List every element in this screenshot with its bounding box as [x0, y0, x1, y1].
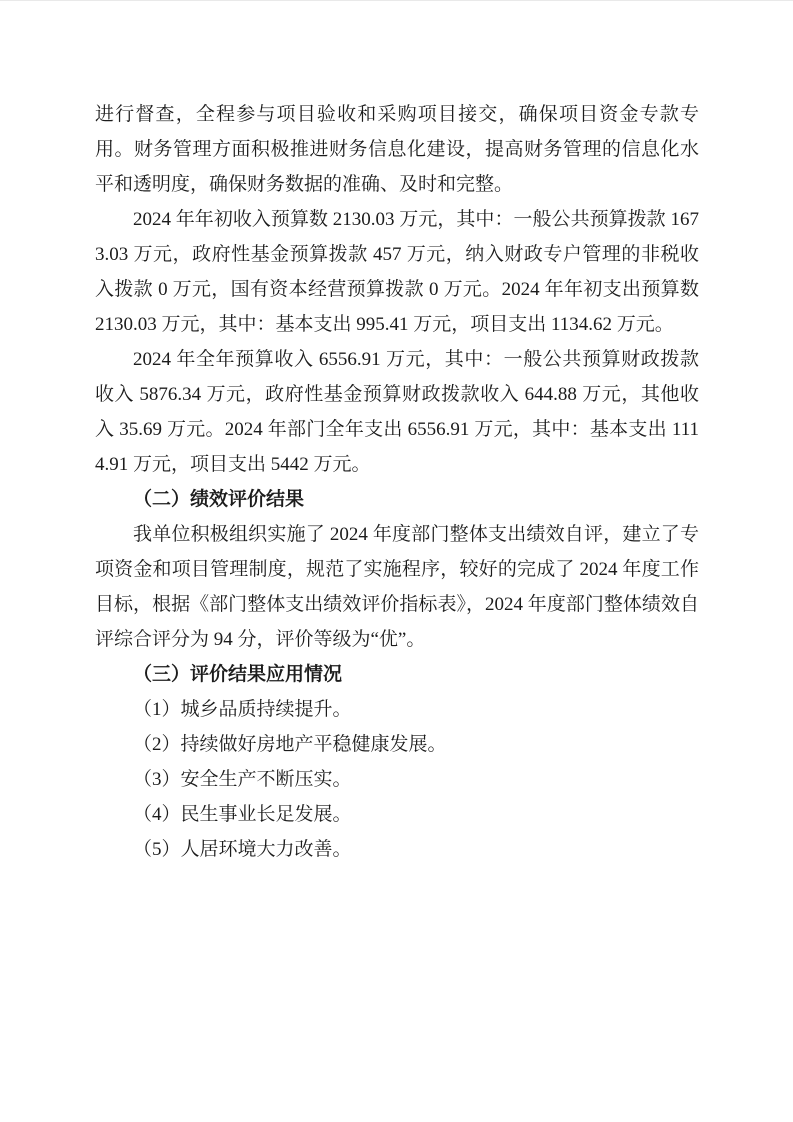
list-item-safety-production: （3）安全生产不断压实。	[95, 762, 699, 797]
heading-evaluation-result-application: （三）评价结果应用情况	[95, 657, 699, 692]
paragraph-initial-budget-2024: 2024 年年初收入预算数 2130.03 万元，其中：一般公共预算拨款 167…	[95, 202, 699, 342]
paragraph-funds-oversight: 进行督查，全程参与项目验收和采购项目接交，确保项目资金专款专用。财务管理方面积极…	[95, 97, 699, 202]
heading-performance-evaluation-results: （二）绩效评价结果	[95, 482, 699, 517]
list-item-living-environment: （5）人居环境大力改善。	[95, 832, 699, 867]
list-item-urban-quality: （1）城乡品质持续提升。	[95, 692, 699, 727]
list-item-real-estate: （2）持续做好房地产平稳健康发展。	[95, 727, 699, 762]
scan-edge-line	[0, 0, 793, 1]
paragraph-annual-budget-2024: 2024 年全年预算收入 6556.91 万元，其中：一般公共预算财政拨款收入 …	[95, 342, 699, 482]
paragraph-self-evaluation: 我单位积极组织实施了 2024 年度部门整体支出绩效自评，建立了专项资金和项目管…	[95, 517, 699, 657]
list-item-livelihood: （4）民生事业长足发展。	[95, 797, 699, 832]
document-body: 进行督查，全程参与项目验收和采购项目接交，确保项目资金专款专用。财务管理方面积极…	[95, 97, 699, 867]
